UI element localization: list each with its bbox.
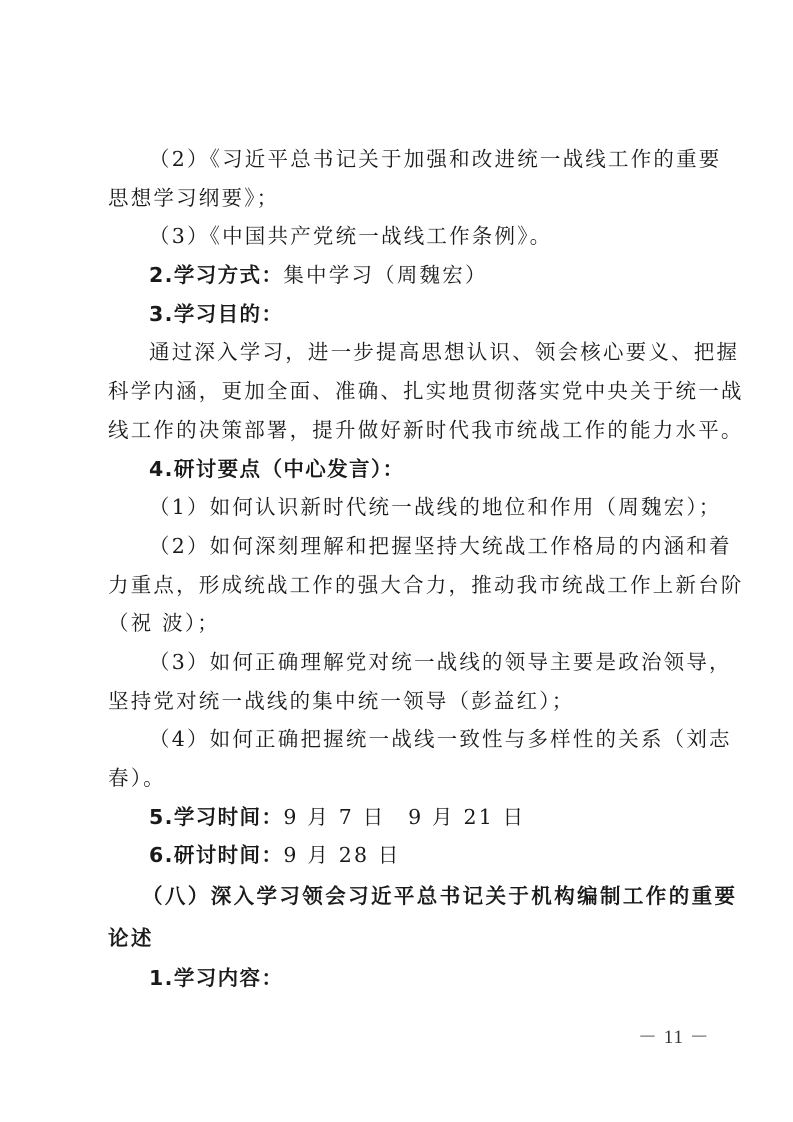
study-purpose-heading: 3.学习目的： bbox=[108, 295, 698, 334]
text-line: （祝 波）； bbox=[108, 611, 220, 635]
discussion-point-3-line-1: （3）如何正确理解党对统一战线的领导主要是政治领导， bbox=[108, 643, 698, 682]
study-time-label: 5.学习时间： bbox=[149, 805, 283, 829]
text-line: （3）《中国共产党统一战线工作条例》。 bbox=[149, 224, 552, 248]
discussion-points-heading: 4.研讨要点（中心发言）： bbox=[108, 450, 698, 489]
discussion-point-2-line-1: （2）如何深刻理解和把握坚持大统战工作格局的内涵和着 bbox=[108, 527, 698, 566]
section-8-title-line-1: （八）深入学习领会习近平总书记关于机构编制工作的重要 bbox=[108, 875, 698, 917]
discussion-time: 6.研讨时间：9 月 28 日 bbox=[108, 836, 698, 875]
study-purpose-line-3: 线工作的决策部署，提升做好新时代我市统战工作的能力水平。 bbox=[108, 411, 698, 450]
page-number: － 11 － bbox=[638, 1022, 710, 1049]
text-line: 线工作的决策部署，提升做好新时代我市统战工作的能力水平。 bbox=[108, 418, 744, 442]
text-line: （2）如何深刻理解和把握坚持大统战工作格局的内涵和着 bbox=[149, 534, 732, 558]
text-line: 坚持党对统一战线的集中统一领导（彭益红）； bbox=[108, 689, 574, 713]
discussion-point-3-line-2: 坚持党对统一战线的集中统一领导（彭益红）； bbox=[108, 682, 698, 721]
discussion-point-2-line-2: 力重点，形成统战工作的强大合力，推动我市统战工作上新台阶 bbox=[108, 566, 698, 605]
text-line: （4）如何正确把握统一战线一致性与多样性的关系（刘志 bbox=[149, 727, 732, 751]
discussion-point-1: （1）如何认识新时代统一战线的地位和作用（周魏宏）； bbox=[108, 488, 698, 527]
study-method-value: 集中学习（周魏宏） bbox=[283, 263, 487, 287]
discussion-time-label: 6.研讨时间： bbox=[149, 843, 283, 867]
section-title: 论述 bbox=[108, 926, 154, 950]
study-content-heading: 1.学习内容： bbox=[108, 959, 698, 998]
section-title: （八）深入学习领会习近平总书记关于机构编制工作的重要 bbox=[142, 884, 737, 908]
study-content-label: 1.学习内容： bbox=[149, 966, 283, 990]
text-line: （3）如何正确理解党对统一战线的领导主要是政治领导， bbox=[149, 650, 732, 674]
study-purpose-line-2: 科学内涵，更加全面、准确、扎实地贯彻落实党中央关于统一战 bbox=[108, 372, 698, 411]
study-purpose-label: 3.学习目的： bbox=[149, 302, 283, 326]
study-time: 5.学习时间：9 月 7 日 9 月 21 日 bbox=[108, 798, 698, 837]
text-line: （1）如何认识新时代统一战线的地位和作用（周魏宏）； bbox=[149, 495, 722, 519]
text-line: 力重点，形成统战工作的强大合力，推动我市统战工作上新台阶 bbox=[108, 573, 744, 597]
discussion-point-2-line-3: （祝 波）； bbox=[108, 604, 698, 643]
text-line: 思想学习纲要》； bbox=[108, 186, 279, 210]
discussion-point-4-line-2: 春）。 bbox=[108, 759, 698, 798]
list-item-3: （3）《中国共产党统一战线工作条例》。 bbox=[108, 217, 698, 256]
list-item-2-line-2: 思想学习纲要》； bbox=[108, 179, 698, 218]
study-purpose-line-1: 通过深入学习，进一步提高思想认识、领会核心要义、把握 bbox=[108, 333, 698, 372]
discussion-points-label: 4.研讨要点（中心发言）： bbox=[149, 457, 405, 481]
discussion-time-value: 9 月 28 日 bbox=[283, 843, 400, 867]
section-8-title-line-2: 论述 bbox=[108, 917, 698, 959]
list-item-2-line-1: （2）《习近平总书记关于加强和改进统一战线工作的重要 bbox=[108, 140, 698, 179]
discussion-point-4-line-1: （4）如何正确把握统一战线一致性与多样性的关系（刘志 bbox=[108, 720, 698, 759]
study-method: 2.学习方式：集中学习（周魏宏） bbox=[108, 256, 698, 295]
study-method-label: 2.学习方式： bbox=[149, 263, 283, 287]
text-line: 科学内涵，更加全面、准确、扎实地贯彻落实党中央关于统一战 bbox=[108, 379, 744, 403]
document-body: （2）《习近平总书记关于加强和改进统一战线工作的重要 思想学习纲要》； （3）《… bbox=[108, 140, 698, 998]
text-line: 通过深入学习，进一步提高思想认识、领会核心要义、把握 bbox=[149, 340, 739, 364]
study-time-value: 9 月 7 日 9 月 21 日 bbox=[283, 805, 525, 829]
text-line: 春）。 bbox=[108, 766, 166, 790]
text-line: （2）《习近平总书记关于加强和改进统一战线工作的重要 bbox=[149, 147, 722, 171]
